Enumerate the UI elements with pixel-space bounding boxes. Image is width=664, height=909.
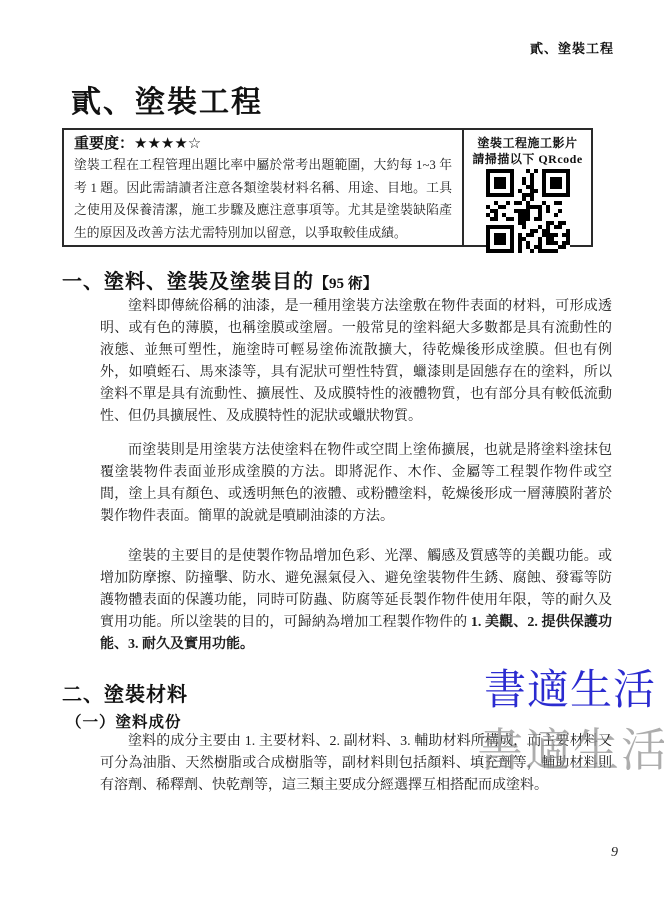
importance-box-left: 重要度：★★★★☆ 塗裝工程在工程管理出題比率中屬於常考出題範圍，大約每 1~3… — [64, 130, 464, 245]
page-number: 9 — [611, 845, 618, 861]
document-page: 貳、塗裝工程 貳、塗裝工程 重要度：★★★★☆ 塗裝工程在工程管理出題比率中屬於… — [0, 0, 664, 909]
subsection-2-1-heading: （一）塗料成份 — [66, 710, 182, 732]
watermark-blue: 書適生活 — [484, 668, 656, 714]
section-1-heading-text: 一、塗料、塗裝及塗裝目的 — [62, 271, 314, 293]
qr-panel: 塗裝工程施工影片 請掃描以下 QRcode — [464, 130, 591, 245]
paragraph-coating-purpose: 塗裝的主要目的是使製作物品增加色彩、光澤、觸感及質感等的美觀功能。或增加防摩擦、… — [100, 546, 612, 656]
importance-box: 重要度：★★★★☆ 塗裝工程在工程管理出題比率中屬於常考出題範圍，大約每 1~3… — [62, 128, 593, 247]
page-title: 貳、塗裝工程 — [71, 86, 263, 119]
section-2-heading: 二、塗裝材料 — [62, 678, 188, 707]
section-1-heading: 一、塗料、塗裝及塗裝目的【95 術】 — [62, 265, 378, 294]
paragraph-coating-definition: 而塗裝則是用塗裝方法使塗料在物件或空間上塗佈擴展，也就是將塗料塗抹包覆塗裝物件表… — [100, 440, 612, 528]
qr-code — [486, 169, 570, 253]
importance-rating: 重要度：★★★★☆ — [74, 134, 452, 153]
watermark-gray: 書適生活 — [477, 726, 664, 777]
importance-note: 塗裝工程在工程管理出題比率中屬於常考出題範圍，大約每 1~3 年考 1 題。因此… — [74, 154, 452, 244]
running-header: 貳、塗裝工程 — [530, 38, 614, 57]
exam-year-tag: 【95 術】 — [314, 276, 378, 292]
paragraph-paint-definition: 塗料即傳統俗稱的油漆，是一種用塗裝方法塗敷在物件表面的材料，可形成透明、或有色的… — [100, 296, 612, 428]
qr-label-line1: 塗裝工程施工影片 — [464, 135, 591, 151]
qr-label-line2: 請掃描以下 QRcode — [464, 151, 591, 167]
